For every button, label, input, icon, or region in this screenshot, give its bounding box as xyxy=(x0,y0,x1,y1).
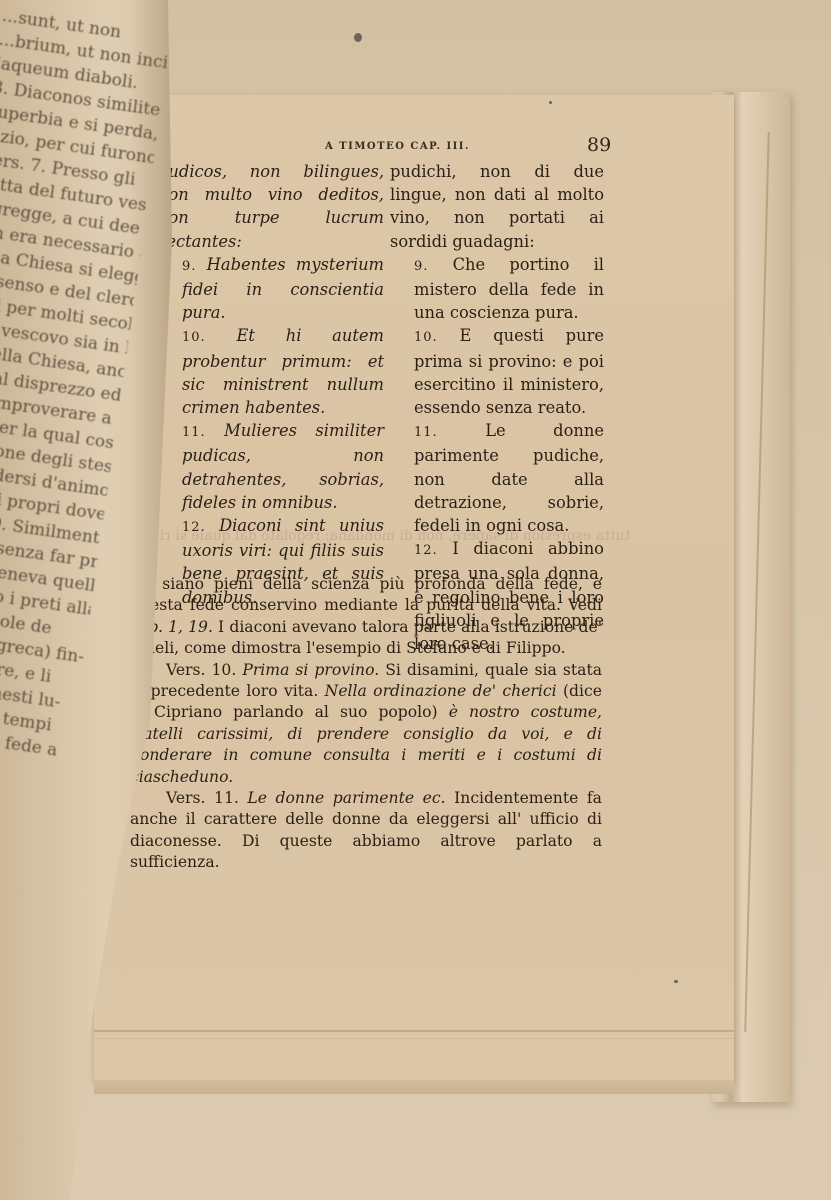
commentary-paragraph-1: za, siano pieni della scienza più profon… xyxy=(130,574,602,660)
running-head: A TIMOTEO CAP. III. xyxy=(325,141,470,152)
page-speck xyxy=(549,101,552,104)
commentary-paragraph-vers-11: Vers. 11. Le donne parimente ec. Inciden… xyxy=(130,788,602,874)
commentary-notes: za, siano pieni della scienza più profon… xyxy=(130,574,602,874)
page-bottom-edge xyxy=(94,1080,734,1094)
italian-verse-8-cont: pudichi, non di due lingue, non dati al … xyxy=(390,160,604,253)
left-page-text: ...sunt, ut non ...brium, ut non inci- l… xyxy=(0,4,172,764)
latin-column: pudicos, non bilingues, non multo vino d… xyxy=(158,160,384,609)
latin-verse-9: 9. Habentes mysterium fidei in conscient… xyxy=(158,253,384,325)
italian-verse-9: 9. Che portino il mistero della fede in … xyxy=(390,253,604,325)
latin-verse-10: 10. Et hi autem probentur primum: et sic… xyxy=(158,324,384,419)
surface-spot xyxy=(354,33,362,42)
italian-verse-10: 10. E questi pure prima si provino: e po… xyxy=(390,324,604,419)
deckle-edge xyxy=(94,1030,734,1039)
page-number: 89 xyxy=(587,134,611,156)
italian-verse-11: 11. Le donne parimente pudiche, non date… xyxy=(390,419,604,537)
latin-verse-11: 11. Mulieres similiter pudicas, non detr… xyxy=(158,419,384,514)
latin-verse-8-cont: pudicos, non bilingues, non multo vino d… xyxy=(158,160,384,253)
commentary-paragraph-vers-10: Vers. 10. Prima si provino. Si disamini,… xyxy=(130,660,602,788)
page-speck xyxy=(674,980,678,983)
